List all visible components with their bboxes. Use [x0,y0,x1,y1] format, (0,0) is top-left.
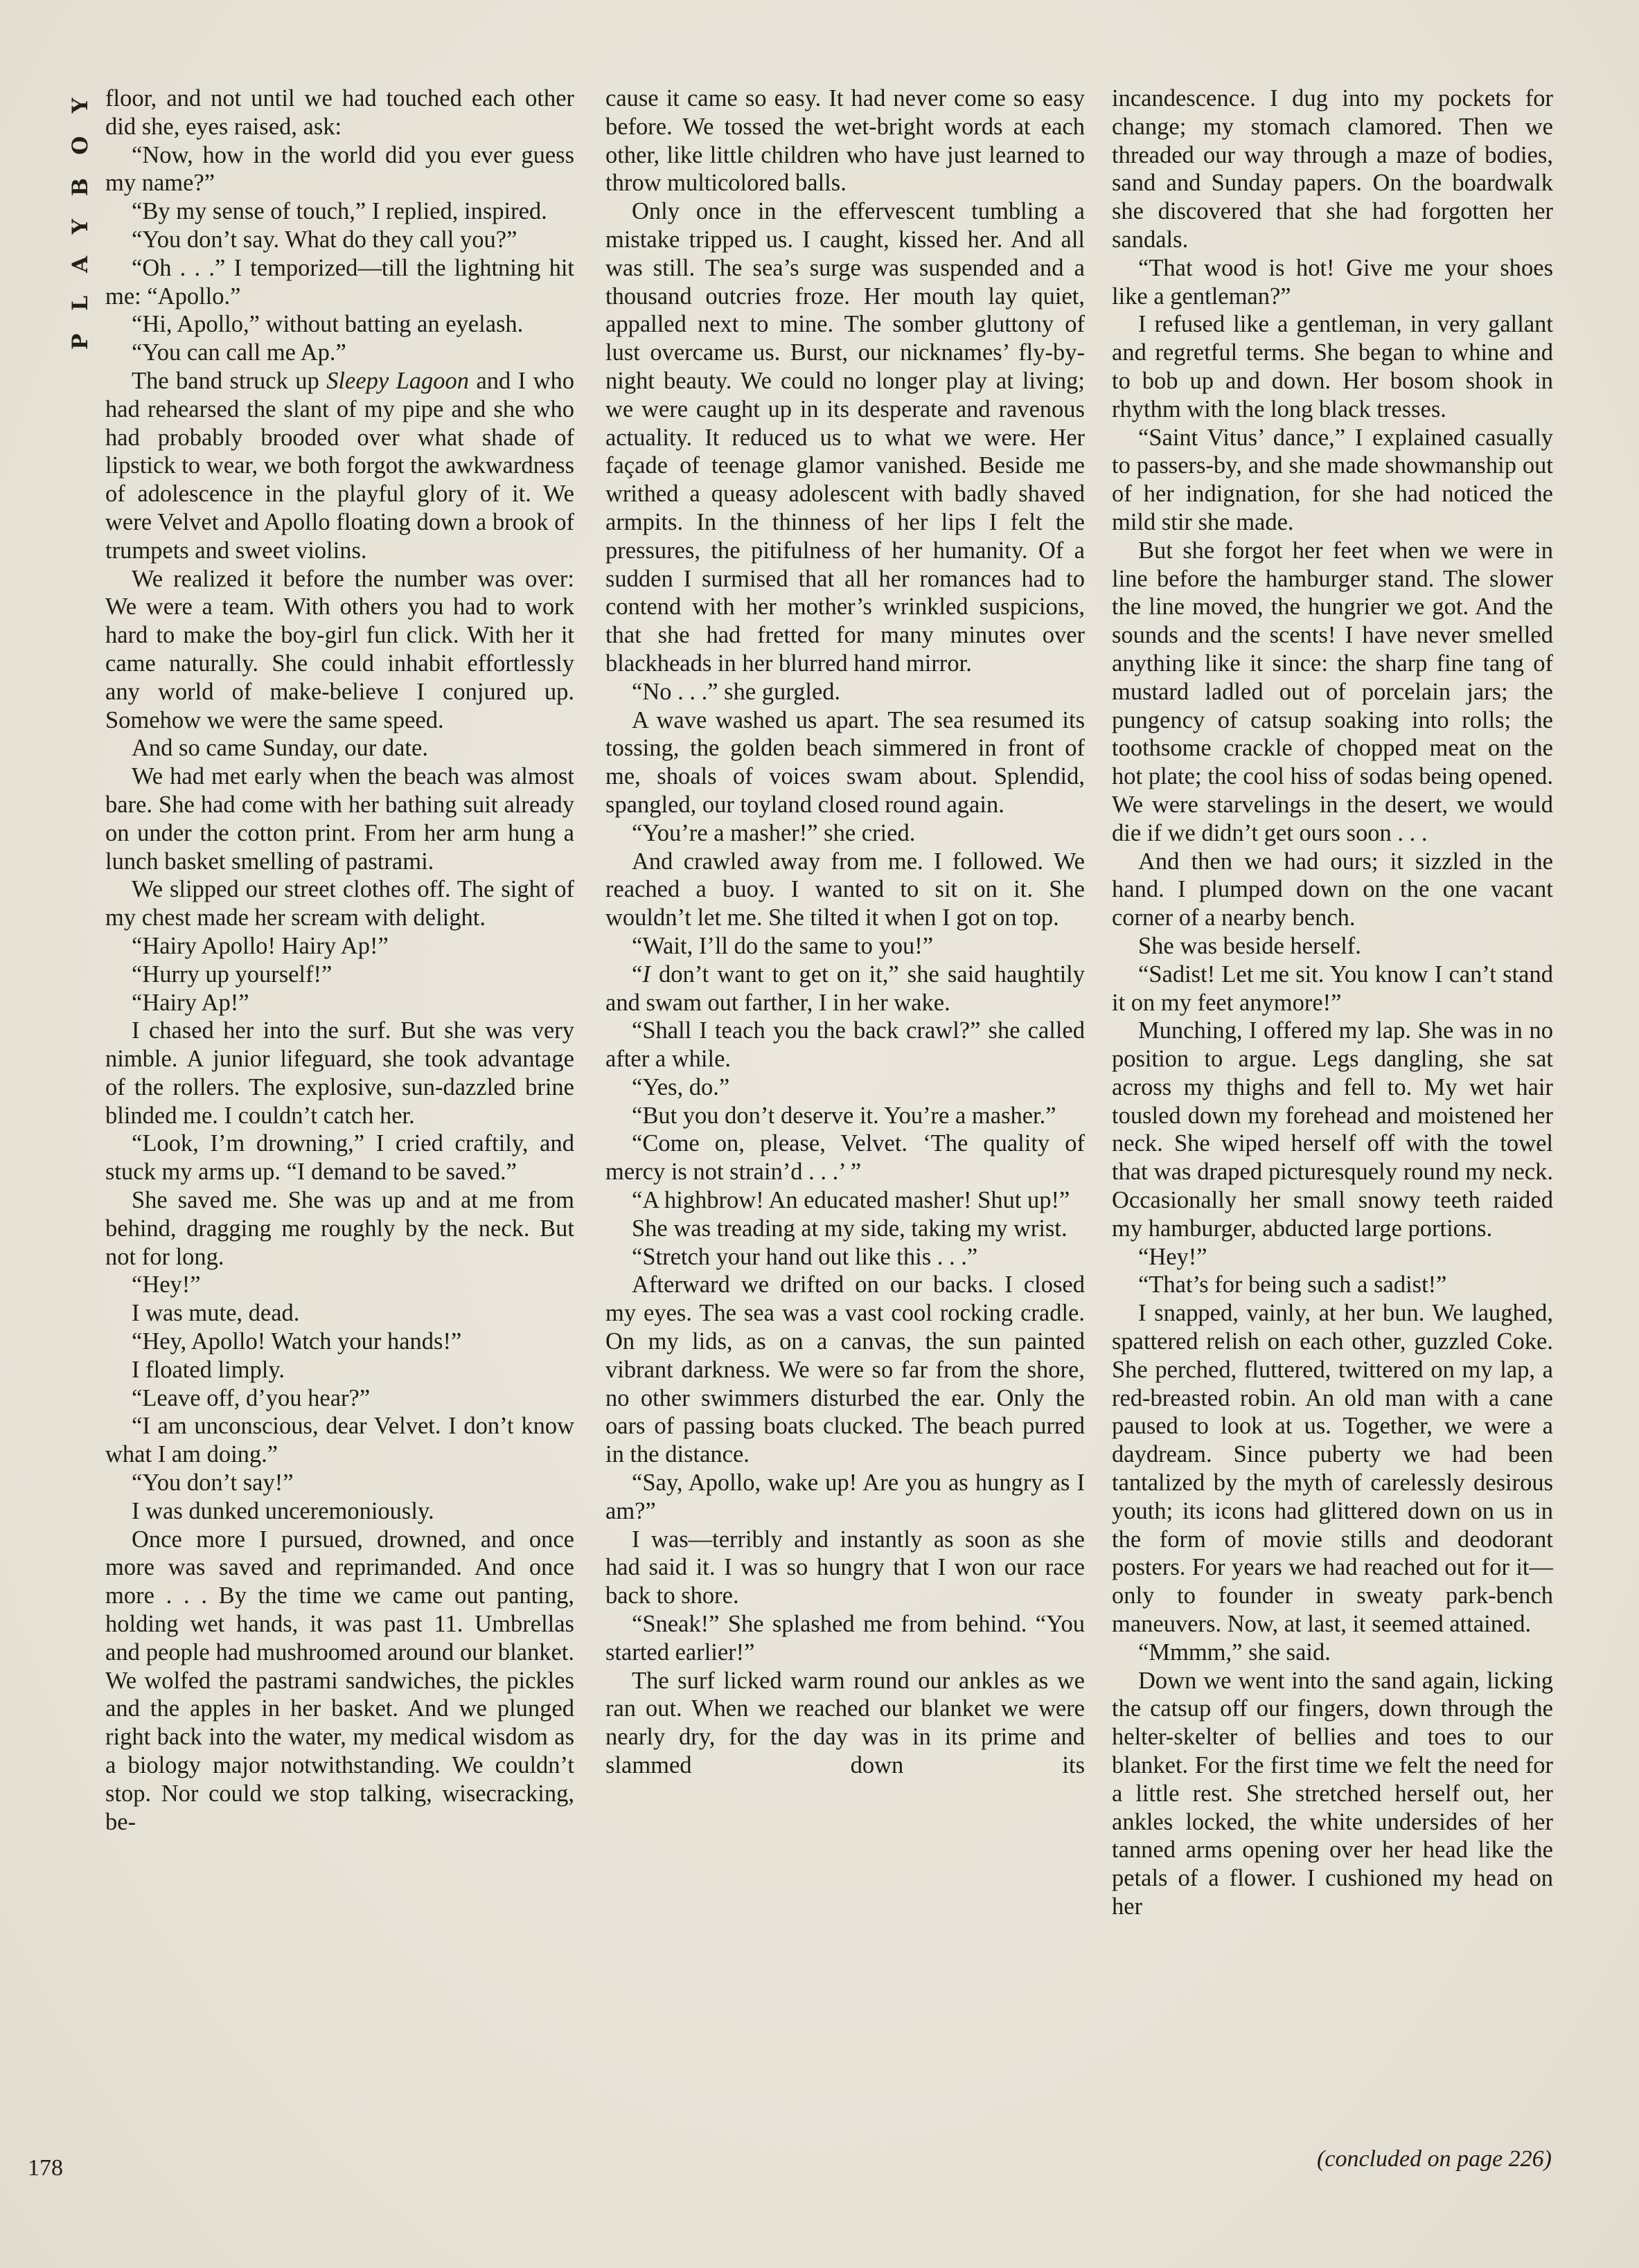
paragraph: “You don’t say. What do they call you?” [105,226,574,254]
paragraph: Only once in the effervescent tumbling a… [605,197,1085,678]
paragraph: I snapped, vainly, at her bun. We laughe… [1112,1299,1553,1639]
paragraph: “That’s for being such a sadist!” [1112,1271,1553,1299]
paragraph: I was dunked unceremoniously. [105,1497,574,1526]
paragraph: “You don’t say!” [105,1469,574,1497]
paragraph: She was beside herself. [1112,932,1553,961]
paragraph: “Oh . . .” I temporized—till the lightni… [105,254,574,311]
paragraph: incandescence. I dug into my pockets for… [1112,84,1553,254]
paragraph: “Say, Apollo, wake up! Are you as hungry… [605,1469,1085,1526]
text-column-2: cause it came so easy. It had never come… [605,84,1085,1780]
paragraph: The surf licked warm round our ankles as… [605,1667,1085,1780]
paragraph: “Saint Vitus’ dance,” I explained casual… [1112,424,1553,537]
masthead-vertical: PLAYBOY [40,93,68,350]
paragraph: “Stretch your hand out like this . . .” [605,1243,1085,1271]
paragraph: “Hey!” [105,1271,574,1299]
paragraph: She saved me. She was up and at me from … [105,1186,574,1271]
paragraph: “A highbrow! An educated masher! Shut up… [605,1186,1085,1215]
paragraph: I was—terribly and instantly as soon as … [605,1526,1085,1610]
magazine-page: PLAYBOY floor, and not until we had touc… [0,0,1639,2268]
page-number: 178 [28,2155,63,2181]
paragraph: But she forgot her feet when we were in … [1112,537,1553,848]
paragraph: “Hi, Apollo,” without batting an eyelash… [105,310,574,339]
paragraph: “Sadist! Let me sit. You know I can’t st… [1112,961,1553,1017]
paragraph: “But you don’t deserve it. You’re a mash… [605,1102,1085,1130]
text-column-1: floor, and not until we had touched each… [105,84,574,1836]
paragraph: Down we went into the sand again, lickin… [1112,1667,1553,1921]
paragraph: “Yes, do.” [605,1073,1085,1102]
italic-text: I [642,961,650,988]
paragraph: “You can call me Ap.” [105,339,574,367]
paragraph: She was treading at my side, taking my w… [605,1215,1085,1243]
paragraph: And so came Sunday, our date. [105,734,574,762]
paragraph: cause it came so easy. It had never come… [605,84,1085,197]
paragraph: “Mmmm,” she said. [1112,1639,1553,1667]
text-column-3: incandescence. I dug into my pockets for… [1112,84,1553,1921]
paragraph: “Leave off, d’you hear?” [105,1384,574,1413]
paragraph: “Wait, I’ll do the same to you!” [605,932,1085,961]
paragraph: A wave washed us apart. The sea resumed … [605,706,1085,819]
masthead-label: PLAYBOY [68,75,93,350]
paragraph: “Now, how in the world did you ever gues… [105,141,574,198]
paragraph: “That wood is hot! Give me your shoes li… [1112,254,1553,311]
paragraph: floor, and not until we had touched each… [105,84,574,141]
paragraph: “You’re a masher!” she cried. [605,819,1085,848]
paragraph: “Hurry up yourself!” [105,961,574,989]
italic-text: Sleepy Lagoon [326,368,469,394]
paragraph: Once more I pursued, drowned, and once m… [105,1526,574,1837]
paragraph: I chased her into the surf. But she was … [105,1017,574,1129]
paragraph: And crawled away from me. I followed. We… [605,848,1085,932]
paragraph: “No . . .” she gurgled. [605,678,1085,706]
paragraph: I floated limply. [105,1356,574,1384]
paragraph: “Hairy Ap!” [105,989,574,1017]
paragraph: “I am unconscious, dear Velvet. I don’t … [105,1412,574,1469]
paragraph: “Hairy Apollo! Hairy Ap!” [105,932,574,961]
paragraph: “Sneak!” She splashed me from behind. “Y… [605,1610,1085,1667]
paragraph: “Shall I teach you the back crawl?” she … [605,1017,1085,1073]
paragraph: Afterward we drifted on our backs. I clo… [605,1271,1085,1469]
paragraph: “By my sense of touch,” I replied, inspi… [105,197,574,226]
continuation-note: (concluded on page 226) [1317,2146,1552,2172]
paragraph: I refused like a gentleman, in very gall… [1112,310,1553,423]
paragraph: “Hey!” [1112,1243,1553,1271]
paragraph: Munching, I offered my lap. She was in n… [1112,1017,1553,1242]
paragraph: “I don’t want to get on it,” she said ha… [605,961,1085,1017]
paragraph: “Hey, Apollo! Watch your hands!” [105,1328,574,1356]
paragraph: “Come on, please, Velvet. ‘The quality o… [605,1129,1085,1186]
paragraph: We had met early when the beach was almo… [105,762,574,875]
paragraph: I was mute, dead. [105,1299,574,1328]
paragraph: “Look, I’m drowning,” I cried craftily, … [105,1129,574,1186]
paragraph: We realized it before the number was ove… [105,565,574,735]
paragraph: We slipped our street clothes off. The s… [105,875,574,932]
paragraph: The band struck up Sleepy Lagoon and I w… [105,367,574,565]
paragraph: And then we had ours; it sizzled in the … [1112,848,1553,932]
